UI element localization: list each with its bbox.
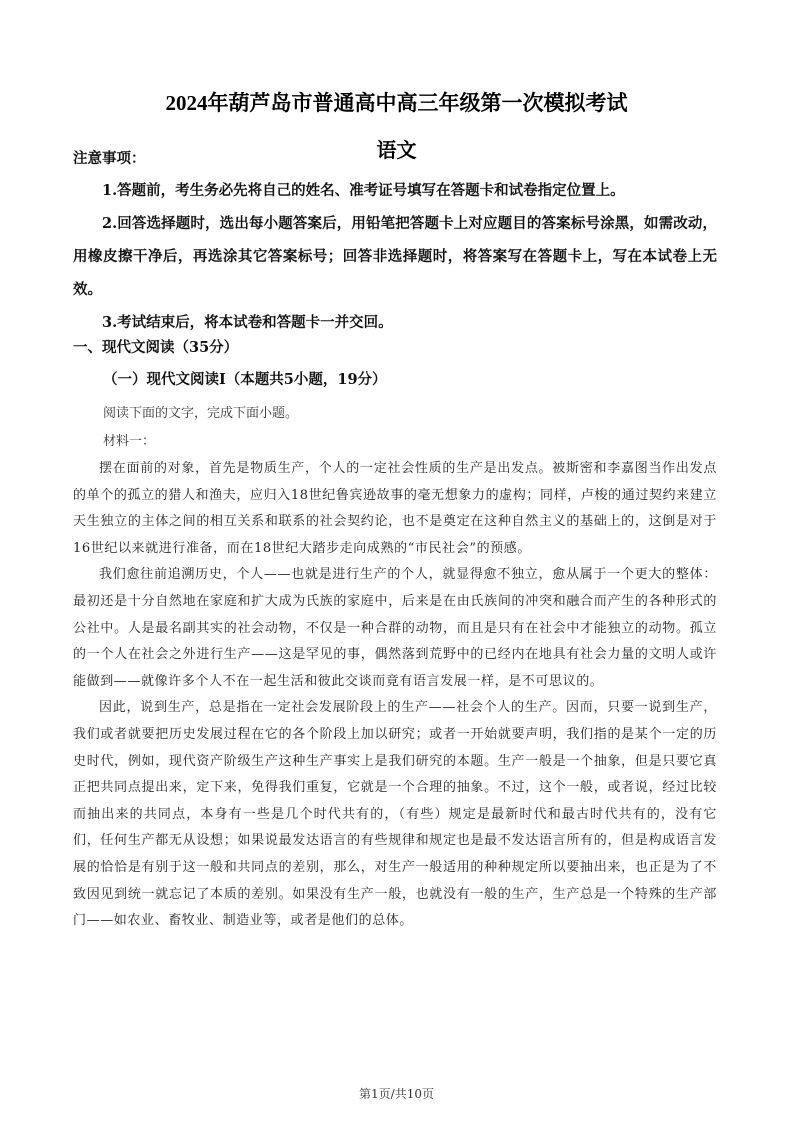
notice-item-2: 2.回答选择题时，选出每小题答案后，用铅笔把答题卡上对应题目的答案标号涂黑，如需… (73, 207, 717, 306)
paragraph-2: 我们愈往前追溯历史，个人——也就是进行生产的个人，就显得愈不独立，愈从属于一个更… (73, 562, 717, 695)
paragraph-1: 摆在面前的对象，首先是物质生产，个人的一定社会性质的生产是出发点。被斯密和李嘉图… (73, 456, 717, 562)
notice-heading: 注意事项： (73, 147, 717, 168)
notice-item-3: 3.考试结束后，将本试卷和答题卡一并交回。 (73, 306, 717, 339)
notice-list: 1.答题前，考生务必先将自己的姓名、准考证号填写在答题卡和试卷指定位置上。 2.… (73, 174, 717, 339)
exam-title: 2024年葫芦岛市普通高中高三年级第一次模拟考试 (0, 87, 793, 117)
section-heading: 一、现代文阅读（35分） (73, 336, 238, 357)
material-body: 摆在面前的对象，首先是物质生产，个人的一定社会性质的生产是出发点。被斯密和李嘉图… (73, 456, 717, 935)
page-number: 第1页/共10页 (0, 1085, 793, 1102)
paragraph-3: 因此，说到生产，总是指在一定社会发展阶段上的生产——社会个人的生产。因而，只要一… (73, 695, 717, 934)
exam-page: 2024年葫芦岛市普通高中高三年级第一次模拟考试 语文 注意事项： 1.答题前，… (0, 0, 793, 1122)
material-label: 材料一： (103, 430, 155, 449)
reading-instruction: 阅读下面的文字，完成下面小题。 (103, 402, 298, 421)
notice-item-1: 1.答题前，考生务必先将自己的姓名、准考证号填写在答题卡和试卷指定位置上。 (73, 174, 717, 207)
subsection-heading: （一）现代文阅读Ⅰ（本题共5小题，19分） (103, 368, 387, 389)
